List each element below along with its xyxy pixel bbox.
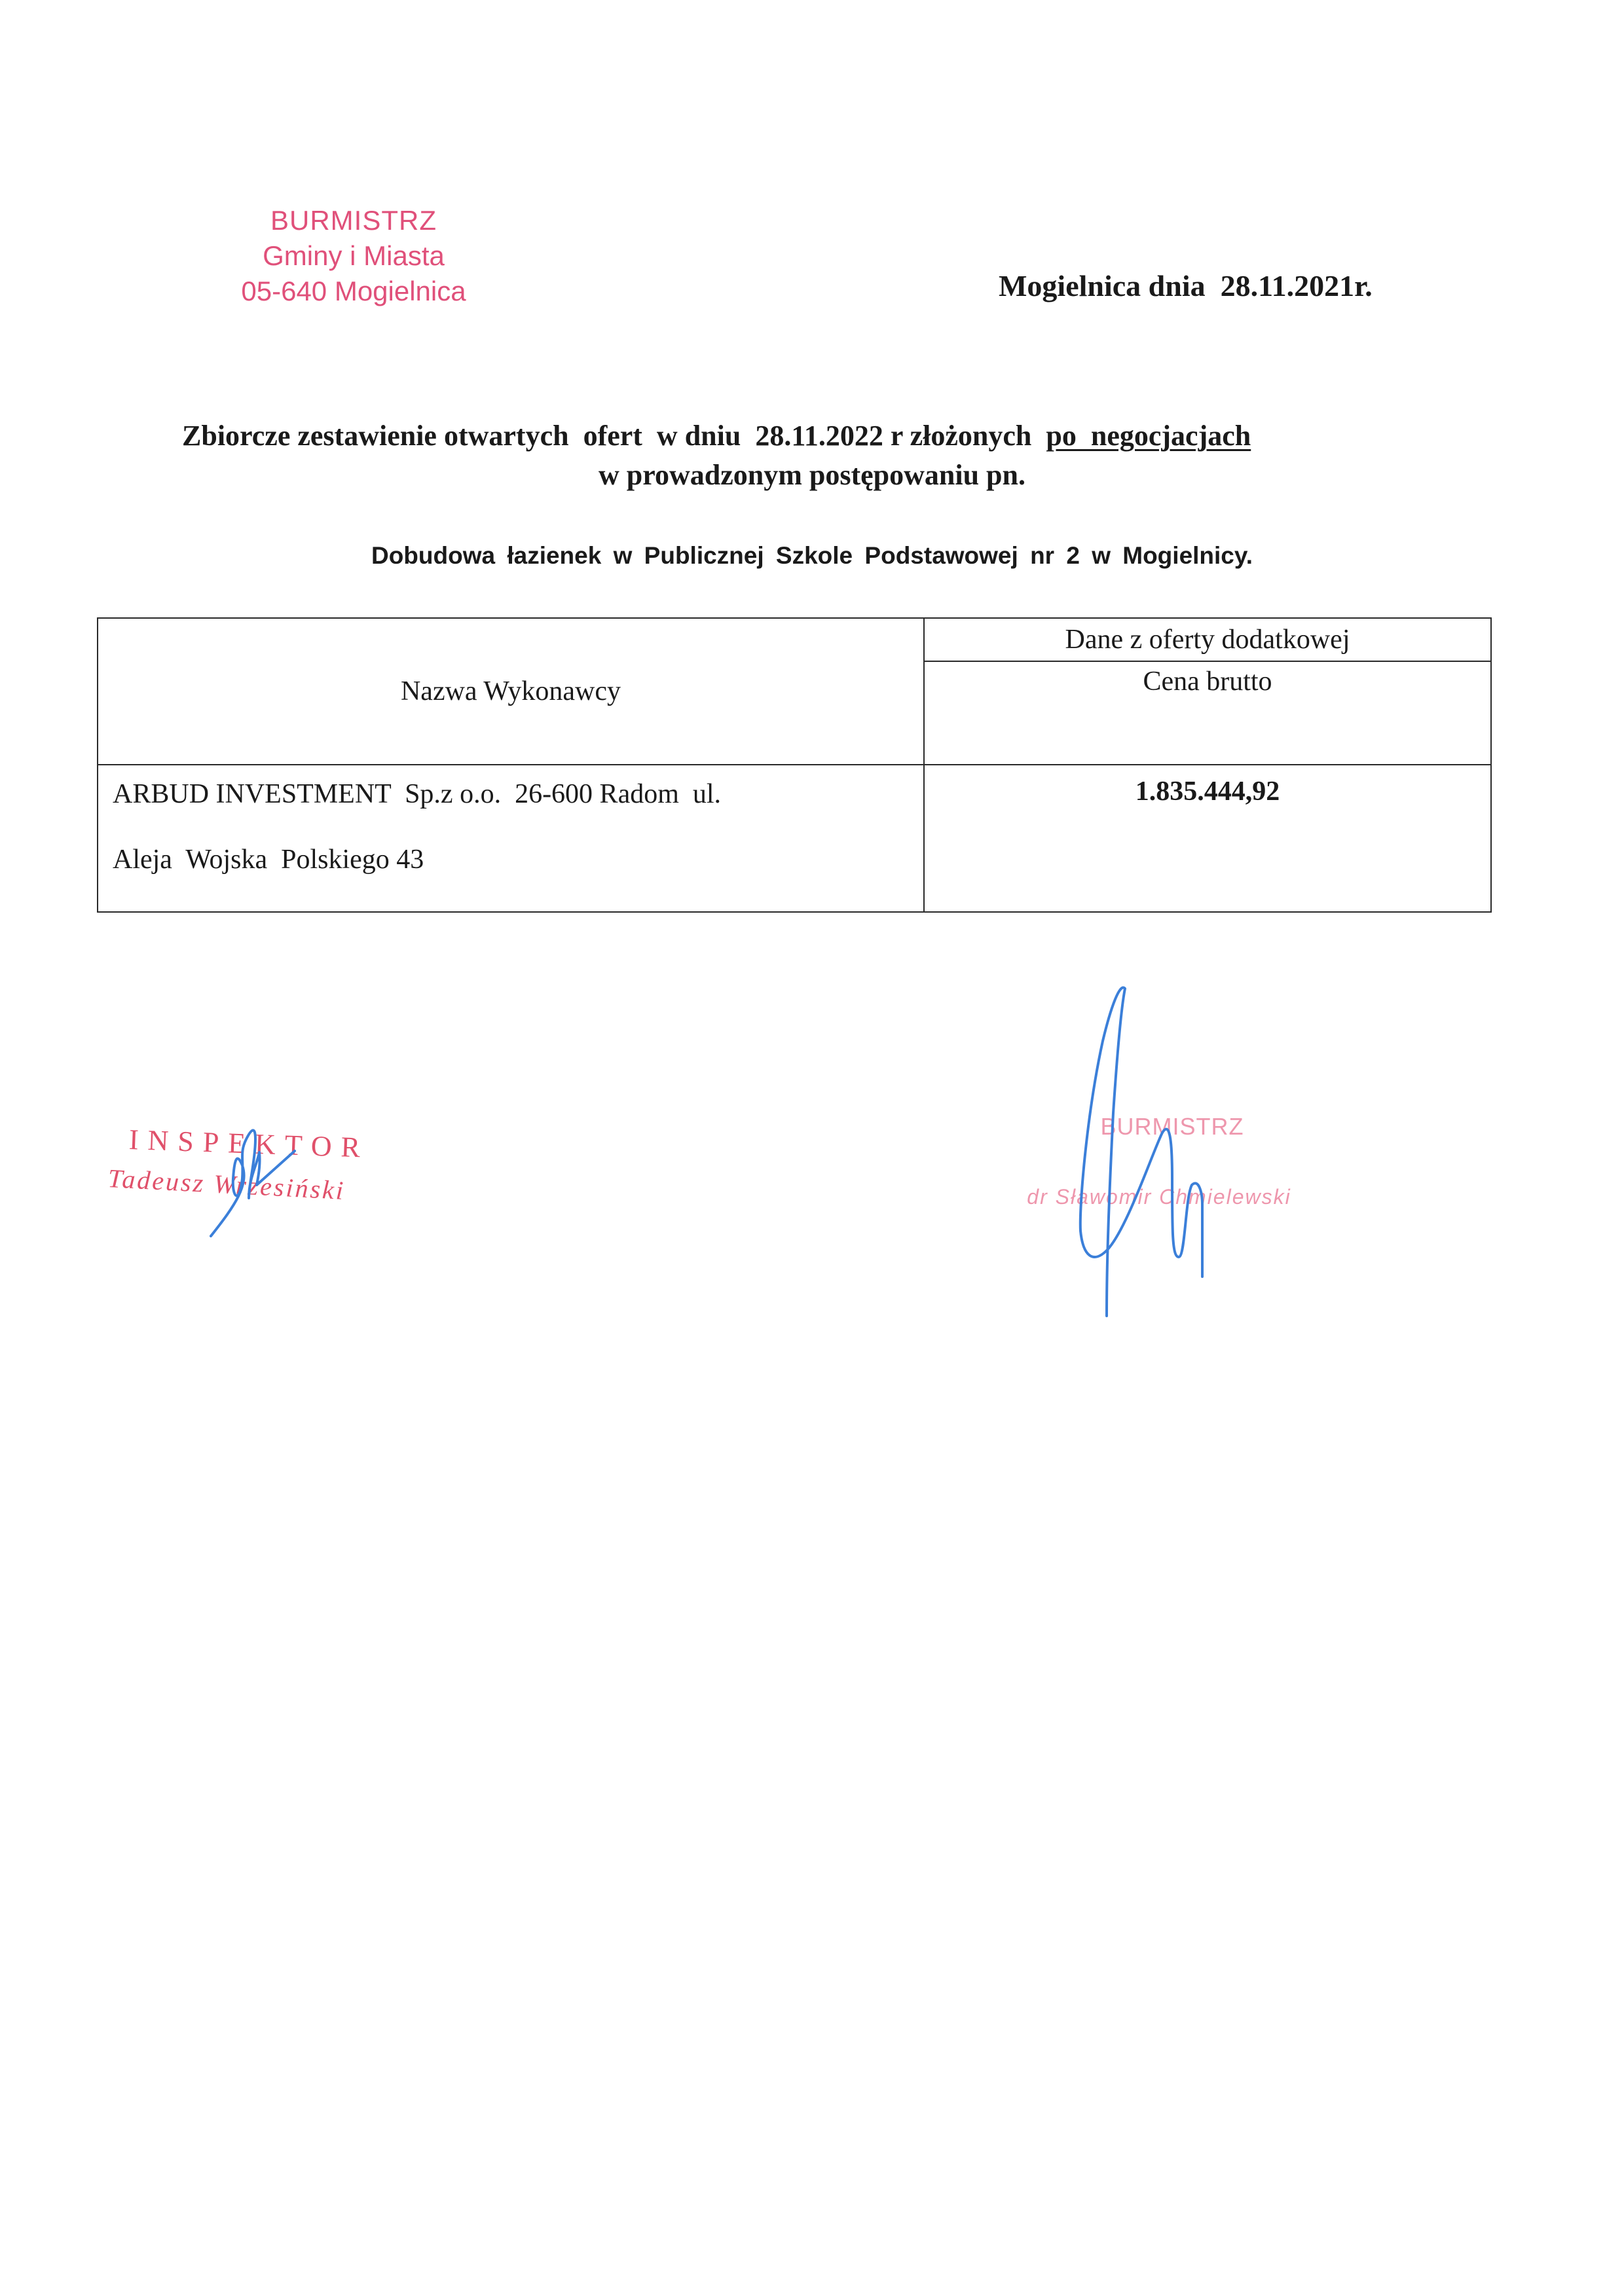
contractor-cell: ARBUD INVESTMENT Sp.z o.o. 26-600 Radom … xyxy=(98,765,924,912)
mayor-office-stamp: BURMISTRZ Gminy i Miasta 05-640 Mogielni… xyxy=(210,203,498,309)
stamp-address: 05-640 Mogielnica xyxy=(210,274,498,309)
offers-table: Nazwa Wykonawcy Dane z oferty dodatkowej… xyxy=(97,617,1492,913)
header-additional-offer: Dane z oferty dodatkowej xyxy=(924,618,1491,661)
gross-price-value: 1.835.444,92 xyxy=(924,765,1491,912)
mayor-signature-icon xyxy=(1074,982,1231,1322)
table-row: ARBUD INVESTMENT Sp.z o.o. 26-600 Radom … xyxy=(98,765,1491,912)
procurement-subject: Dobudowa łazienek w Publicznej Szkole Po… xyxy=(0,542,1624,570)
header-contractor-name: Nazwa Wykonawcy xyxy=(98,618,924,765)
place-date: Mogielnica dnia 28.11.2021r. xyxy=(999,268,1373,303)
heading-text: Zbiorcze zestawienie otwartych ofert w d… xyxy=(182,420,1046,452)
stamp-title: BURMISTRZ xyxy=(210,203,498,238)
heading-line-1: Zbiorcze zestawienie otwartych ofert w d… xyxy=(182,419,1251,452)
header-gross-price: Cena brutto xyxy=(924,661,1491,765)
contractor-address: Aleja Wojska Polskiego 43 xyxy=(113,843,923,877)
heading-underlined-text: po negocjacjach xyxy=(1046,420,1251,452)
inspector-signature-icon xyxy=(196,1113,301,1244)
table-header-row: Nazwa Wykonawcy Dane z oferty dodatkowej xyxy=(98,618,1491,661)
heading-line-2: w prowadzonym postępowaniu pn. xyxy=(0,458,1624,492)
stamp-office: Gminy i Miasta xyxy=(210,238,498,274)
contractor-name: ARBUD INVESTMENT Sp.z o.o. 26-600 Radom … xyxy=(113,777,923,811)
